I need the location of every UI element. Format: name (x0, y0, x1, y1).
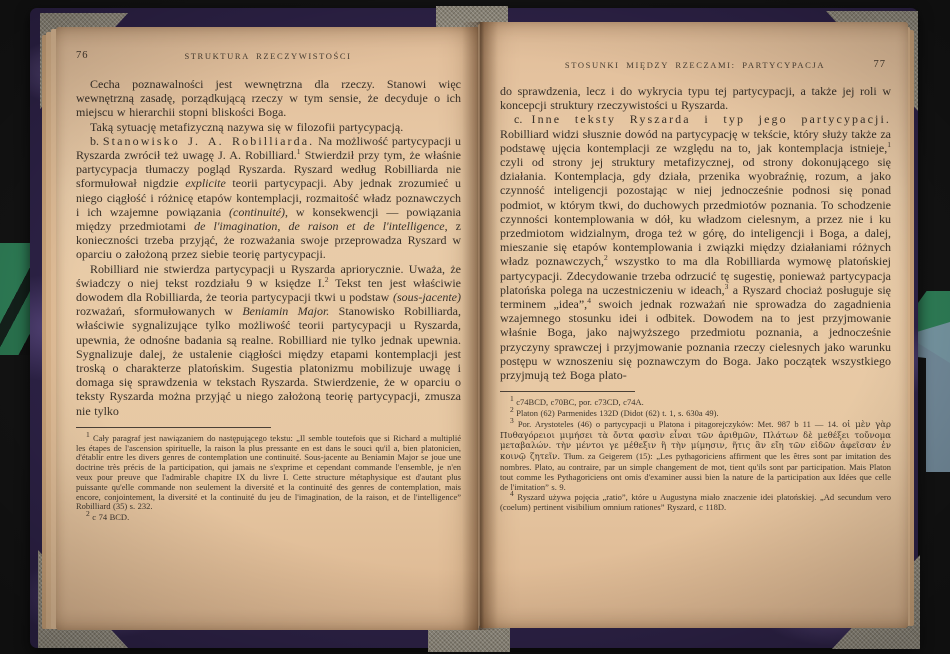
right-page-header: STOSUNKI MIĘDZY RZECZAMI: PARTYCYPACJA 7… (500, 60, 890, 74)
right-page-body: do sprawdzenia, lecz i do wykrycia typu … (500, 84, 891, 514)
paragraph: b. Stanowisko J. A. Robilliarda. Na możl… (76, 134, 461, 262)
left-page-header: 76 STRUKTURA RZECZYWISTOŚCI (76, 51, 460, 65)
left-page-body: Cecha poznawalności jest wewnętrzna dla … (76, 77, 461, 524)
footnote-rule (76, 427, 271, 428)
running-head: STRUKTURA RZECZYWISTOŚCI (76, 51, 460, 61)
footnote: 4 Ryszard używa pojęcia „ratio”, które u… (500, 493, 891, 513)
footnote: 2 Platon (62) Parmenides 132D (Didot (62… (500, 409, 891, 419)
footnote: 3 Por. Arystoteles (46) o partycypacji u… (500, 420, 891, 493)
page-number: 77 (874, 59, 887, 70)
paragraph: Robilliard nie stwierdza partycypacji u … (76, 262, 461, 418)
footnote: 1 c74BCD, c70BC, por. c73CD, c74A. (500, 398, 891, 408)
footnote: 1 Cały paragraf jest nawiązaniem do nast… (76, 434, 461, 512)
right-page: STOSUNKI MIĘDZY RZECZAMI: PARTYCYPACJA 7… (480, 22, 908, 628)
book-gutter-shadow (462, 22, 498, 630)
paragraph: do sprawdzenia, lecz i do wykrycia typu … (500, 84, 891, 112)
paragraph: c. Inne teksty Ryszarda i typ jego party… (500, 112, 891, 382)
footnote: 2 c 74 BCD. (76, 513, 461, 523)
paragraph: Cecha poznawalności jest wewnętrzna dla … (76, 77, 461, 120)
running-head: STOSUNKI MIĘDZY RZECZAMI: PARTYCYPACJA (500, 60, 890, 70)
footnote-rule (500, 391, 635, 392)
left-page-footnotes: 1 Cały paragraf jest nawiązaniem do nast… (76, 434, 461, 523)
right-page-footnotes: 1 c74BCD, c70BC, por. c73CD, c74A. 2 Pla… (500, 398, 891, 513)
paragraph: Taką sytuację metafizyczną nazywa się w … (76, 120, 461, 134)
left-page: 76 STRUKTURA RZECZYWISTOŚCI Cecha poznaw… (56, 27, 478, 630)
book-photo-scene: 76 STRUKTURA RZECZYWISTOŚCI Cecha poznaw… (0, 0, 950, 654)
